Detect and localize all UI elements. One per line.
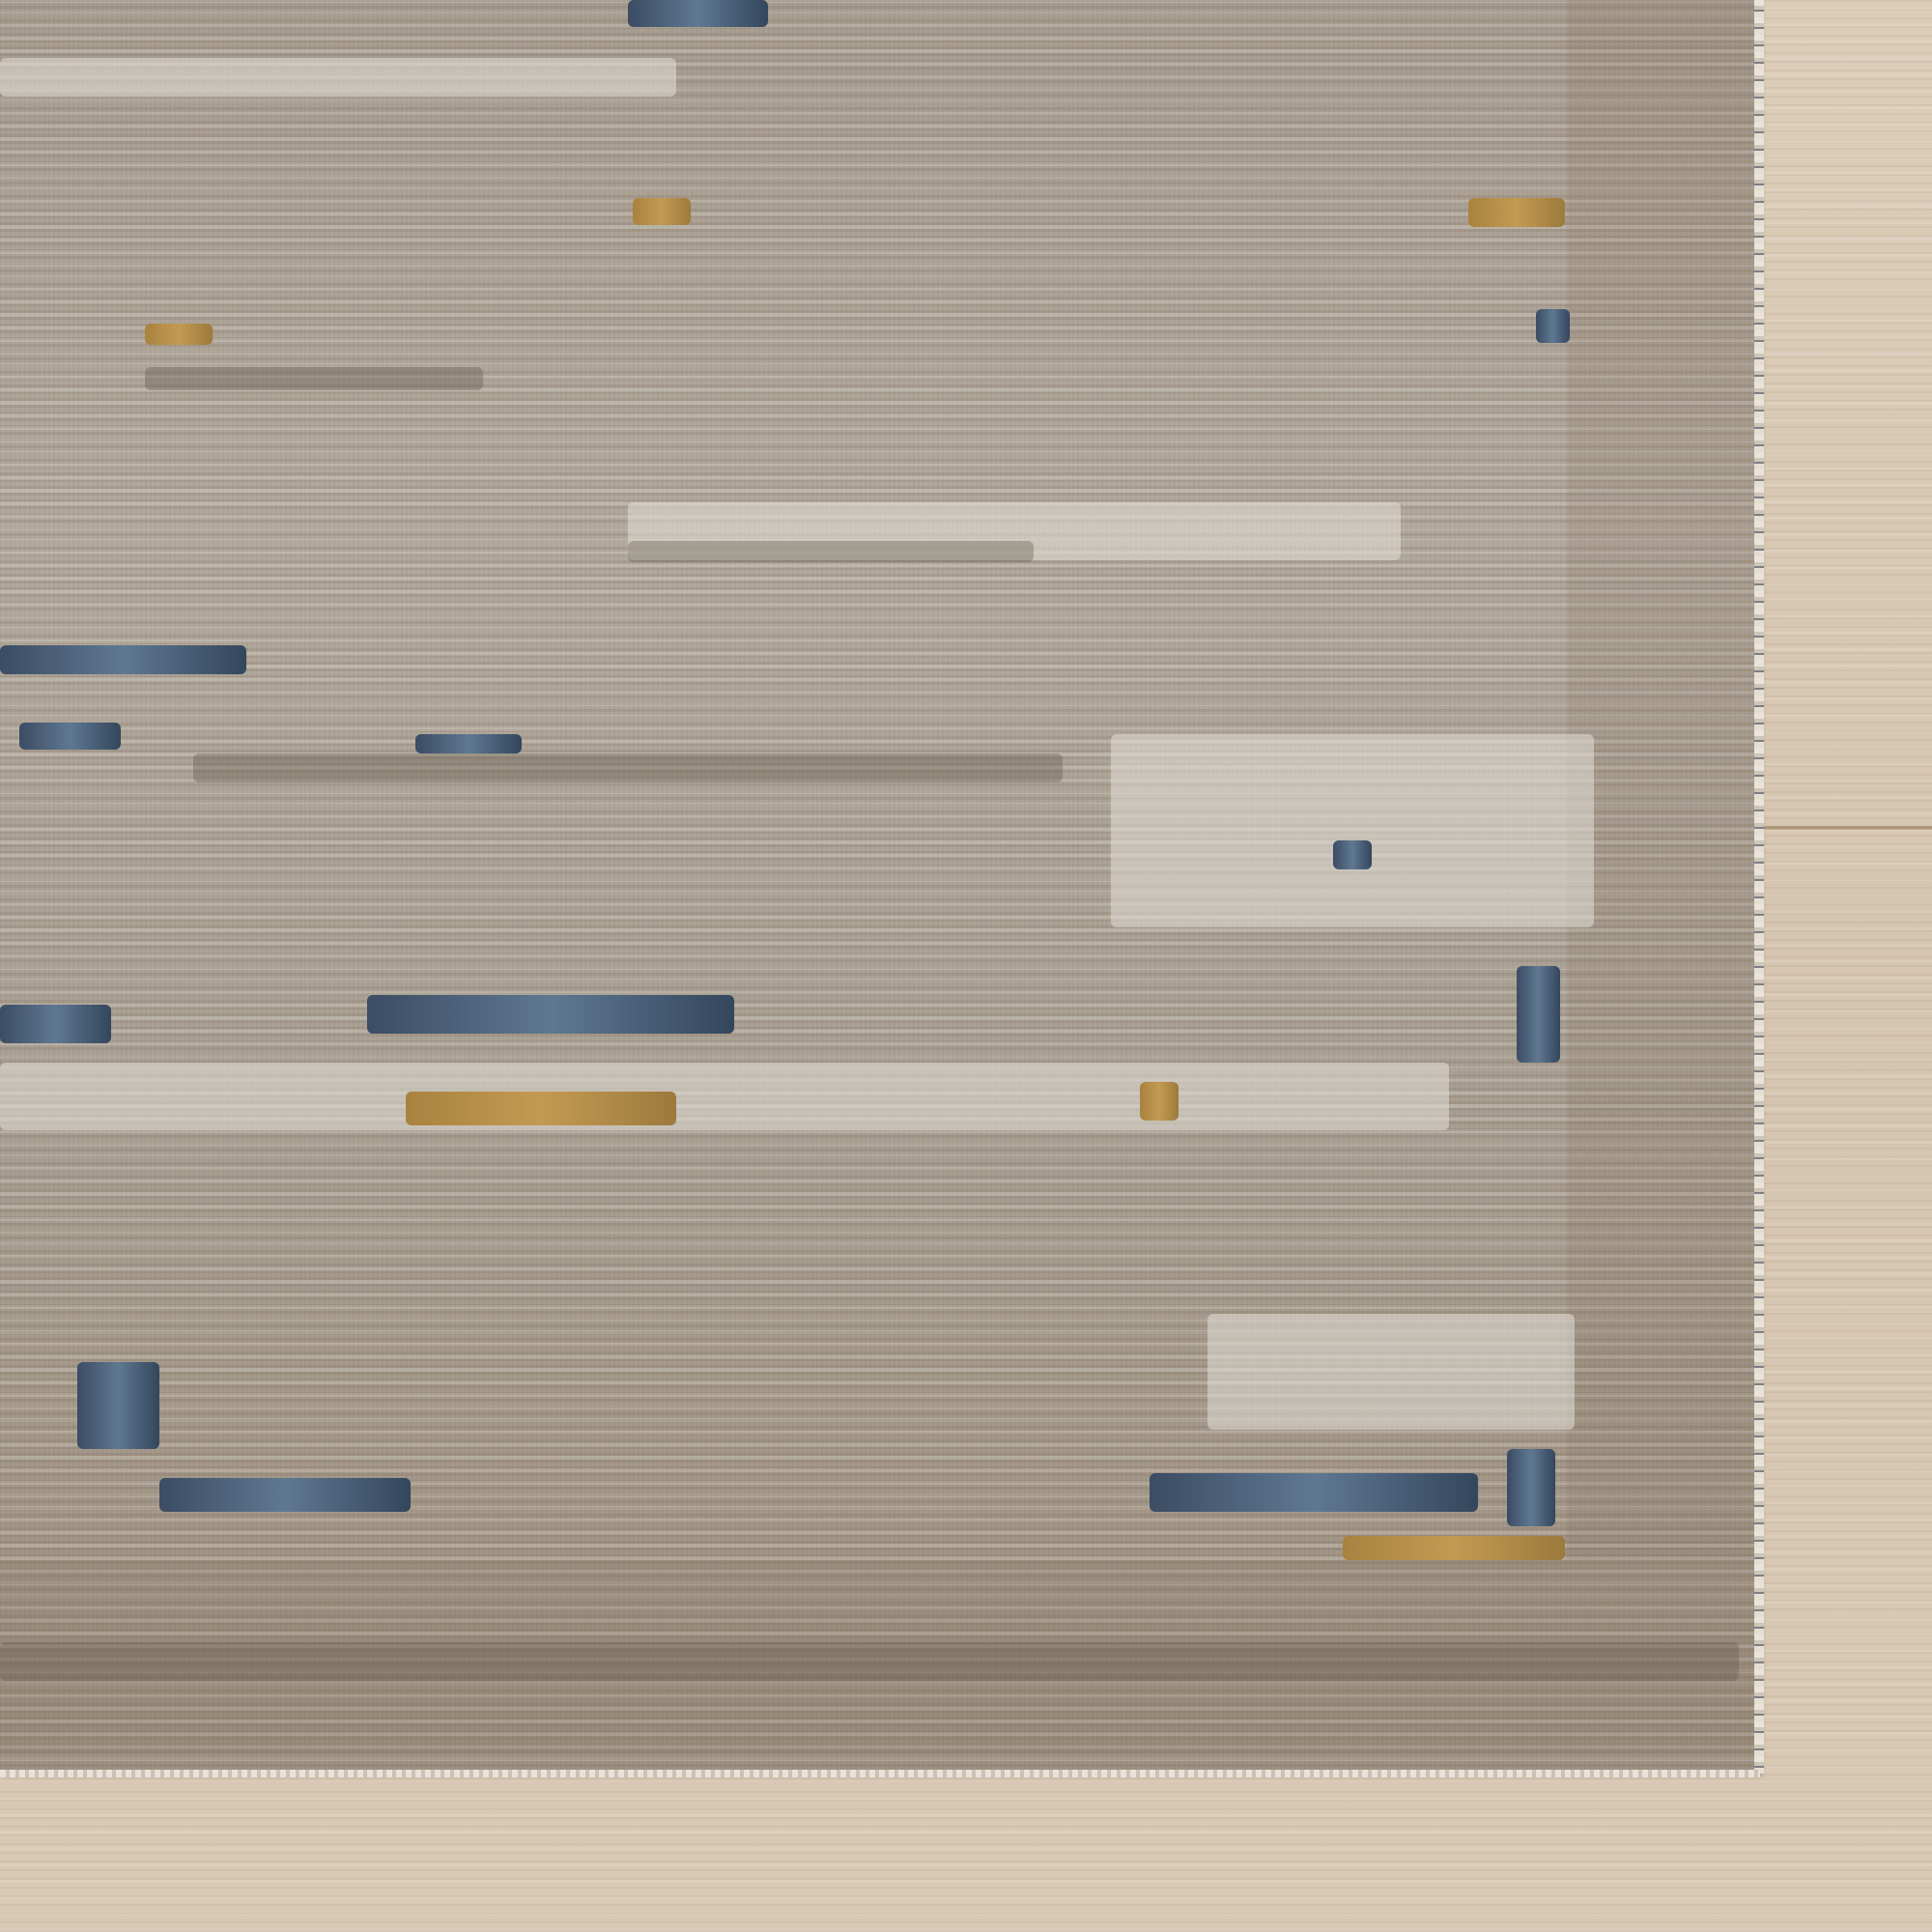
rug-gold-accent [145,324,213,345]
rug-right-edge [1754,0,1764,1774]
rug-gold-accent [1140,1082,1179,1121]
rug-blue-accent [415,734,522,753]
rug-gold-accent [1343,1536,1565,1560]
rug-blue-accent [367,995,734,1034]
rug-blue-accent [1150,1473,1478,1512]
rug-gold-accent [406,1092,676,1125]
rug-light-streak [1111,734,1594,927]
rug-blue-accent [628,0,768,27]
rug-light-streak [0,1063,1449,1130]
rug-dark-streak [0,1642,1739,1681]
rug-light-streak [0,58,676,97]
rug-dark-streak [145,367,483,390]
rug-light-streak [1207,1314,1575,1430]
rug-dark-streak [628,541,1034,562]
rug-blue-accent [1517,966,1560,1063]
rug-blue-accent [1333,840,1372,869]
rug-gold-accent [633,198,691,225]
rug-blue-accent [159,1478,411,1512]
rug-bottom-edge [0,1770,1760,1777]
rug-blue-accent [0,1005,111,1043]
rug-gold-accent [1468,198,1565,227]
rug-blue-accent [1536,309,1570,343]
rug-dark-streak [193,753,1063,782]
floor-plank-seam [1758,826,1932,830]
rug-blue-accent [0,645,246,674]
rug-blue-accent [77,1362,159,1449]
rug-blue-accent [1507,1449,1555,1526]
rug-blue-accent [19,723,121,750]
rug [0,0,1760,1774]
